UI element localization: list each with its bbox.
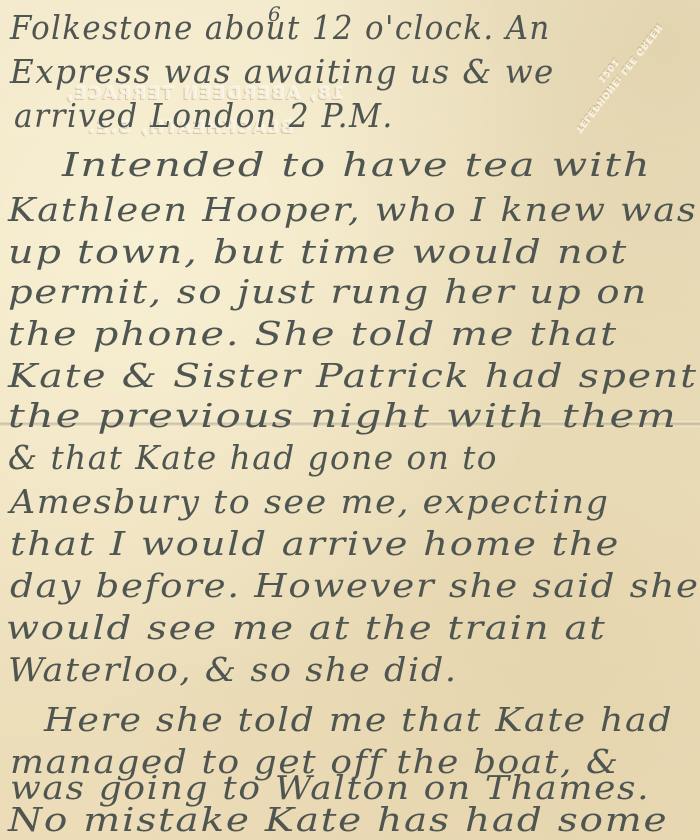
text-line-17: Here she told me that Kate had	[44, 700, 673, 739]
letter-page: 18, ABERDEEN TERRACE, BLACKHEATH, S.E. T…	[0, 0, 700, 840]
text-line-9: Kate & Sister Patrick had spent	[8, 356, 698, 395]
text-line-5: Kathleen Hooper, who I knew was	[8, 190, 698, 229]
text-line-6: up town, but time would not	[8, 232, 628, 271]
text-line-3: arrived London 2 P.M.	[14, 96, 394, 135]
text-line-4: Intended to have tea with	[62, 145, 652, 184]
text-line-14: day before. However she said she	[10, 566, 700, 605]
handwritten-text: 6 Folkestone about 12 o'clock. An Expres…	[0, 0, 700, 840]
text-line-1: Folkestone about 12 o'clock. An	[10, 8, 551, 47]
text-line-15: would see me at the train at	[6, 608, 606, 647]
text-line-10: the previous night with them	[8, 396, 678, 435]
text-line-2: Express was awaiting us & we	[10, 52, 555, 91]
text-line-7: permit, so just rung her up on	[8, 272, 648, 311]
text-line-20: No mistake Kate has had some	[8, 800, 668, 839]
text-line-11: & that Kate had gone on to	[8, 438, 498, 477]
text-line-13: that I would arrive home the	[10, 524, 620, 563]
text-line-16: Waterloo, & so she did.	[8, 650, 458, 689]
text-line-12: Amesbury to see me, expecting	[10, 482, 610, 521]
text-line-8: the phone. She told me that	[8, 314, 618, 353]
